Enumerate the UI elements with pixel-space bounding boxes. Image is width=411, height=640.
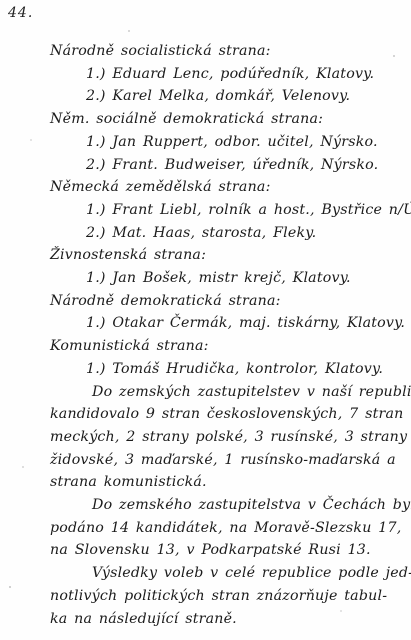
party-heading: Živnostenská strana: (0, 244, 411, 267)
party-heading: Německá zemědělská strana: (0, 176, 411, 199)
scanned-document-page: 44. Národně socialistická strana: 1.) Ed… (0, 0, 411, 640)
scan-noise (0, 0, 2, 2)
party-heading: Něm. sociálně demokratická strana: (0, 108, 411, 131)
party-heading: Národně socialistická strana: (0, 40, 411, 63)
paragraph-line: na Slovensku 13, v Podkarpatské Rusi 13. (0, 539, 411, 562)
page-number: 44. (8, 5, 33, 21)
paragraph-line: meckých, 2 strany polské, 3 rusínské, 3 … (0, 426, 411, 449)
candidate-line: 1.) Tomáš Hrudička, kontrolor, Klatovy. (0, 358, 411, 381)
paragraph-line: podáno 14 kandidátek, na Moravě-Slezsku … (0, 517, 411, 540)
party-heading: Komunistická strana: (0, 335, 411, 358)
candidate-line: 2.) Mat. Haas, starosta, Fleky. (0, 222, 411, 245)
paragraph-line: strana komunistická. (0, 471, 411, 494)
candidate-line: 1.) Jan Ruppert, odbor. učitel, Nýrsko. (0, 131, 411, 154)
paragraph-line: Do zemských zastupitelstev v naší republ… (0, 381, 411, 404)
party-heading: Národně demokratická strana: (0, 290, 411, 313)
candidate-line: 1.) Frant Liebl, rolník a host., Bystřic… (0, 199, 411, 222)
paragraph-line: Výsledky voleb v celé republice podle je… (0, 562, 411, 585)
candidate-line: 1.) Jan Bošek, mistr krejč, Klatovy. (0, 267, 411, 290)
candidate-line: 2.) Karel Melka, domkář, Velenovy. (0, 85, 411, 108)
paragraph-line: Do zemského zastupitelstva v Čechách byl… (0, 494, 411, 517)
paragraph-line: ka na následující straně. (0, 608, 411, 631)
handwritten-text-block: Národně socialistická strana: 1.) Eduard… (0, 40, 411, 630)
paragraph-line: notlivých politických stran znázorňuje t… (0, 585, 411, 608)
candidate-line: 2.) Frant. Budweiser, úředník, Nýrsko. (0, 154, 411, 177)
candidate-line: 1.) Eduard Lenc, podúředník, Klatovy. (0, 63, 411, 86)
candidate-line: 1.) Otakar Čermák, maj. tiskárny, Klatov… (0, 312, 411, 335)
paragraph-line: židovské, 3 maďarské, 1 rusínsko-maďarsk… (0, 449, 411, 472)
paragraph-line: kandidovalo 9 stran československých, 7 … (0, 403, 411, 426)
